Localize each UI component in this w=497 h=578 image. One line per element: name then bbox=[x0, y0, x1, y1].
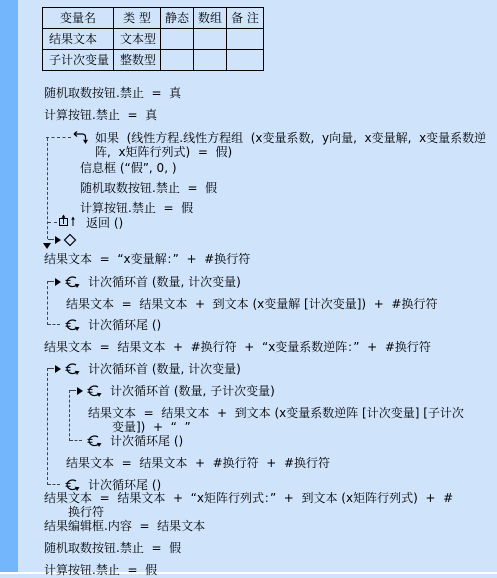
col-header-name: 变量名 bbox=[43, 8, 114, 29]
col-header-array: 数组 bbox=[194, 8, 227, 29]
code-line[interactable]: 随机取数按钮.禁止 = 真 bbox=[44, 86, 181, 100]
code-line[interactable]: 结果文本 = 结果文本 + 到文本 (x变量解 [计次变量]) + #换行符 bbox=[66, 297, 437, 311]
left-margin-strip bbox=[0, 0, 18, 572]
counting-loop-icon bbox=[63, 478, 80, 492]
code-line[interactable]: 结果文本 = 结果文本 + 到文本 (x变量系数逆阵 [计次变量] [子计次 bbox=[88, 406, 464, 420]
code-line[interactable]: 结果文本 = 结果文本 + #换行符 + #换行符 bbox=[66, 456, 330, 470]
var-static-cell[interactable] bbox=[161, 50, 194, 71]
loop-block-connector bbox=[70, 440, 82, 441]
return-icon bbox=[58, 214, 80, 227]
code-line[interactable]: 计次循环首 (数量, 计次变量) bbox=[88, 362, 241, 376]
variable-table-header-row: 变量名 类 型 静态 数组 备 注 bbox=[43, 8, 264, 29]
code-line-wrap[interactable]: 阵, x矩阵行列式) = 假) bbox=[95, 145, 232, 159]
col-header-static: 静态 bbox=[161, 8, 194, 29]
var-remark-cell[interactable] bbox=[227, 50, 264, 71]
code-editor-canvas: 变量名 类 型 静态 数组 备 注 结果文本 文本型 子计次变量 整数型 bbox=[0, 0, 497, 578]
var-type-cell[interactable]: 整数型 bbox=[114, 50, 161, 71]
flow-arrow-right-icon bbox=[55, 278, 61, 286]
var-name-cell[interactable]: 子计次变量 bbox=[43, 50, 114, 71]
code-line[interactable]: 结果文本 = 结果文本 + #换行符 + “x变量系数逆阵：” + #换行符 bbox=[44, 340, 431, 354]
return-branch-connector bbox=[48, 222, 57, 223]
code-line-wrap[interactable]: 换行符 bbox=[68, 505, 104, 519]
code-line[interactable]: 计算按钮.禁止 = 假 bbox=[80, 201, 193, 215]
endif-branch-connector bbox=[48, 239, 54, 240]
code-line[interactable]: 计算按钮.禁止 = 假 bbox=[44, 563, 157, 577]
loop-block-connector bbox=[47, 281, 48, 325]
code-line[interactable]: 随机取数按钮.禁止 = 假 bbox=[44, 541, 181, 555]
flow-arrow-right-icon bbox=[55, 365, 61, 373]
code-line[interactable]: 计算按钮.禁止 = 真 bbox=[44, 108, 157, 122]
loop-block-connector bbox=[70, 390, 76, 391]
var-static-cell[interactable] bbox=[161, 29, 194, 50]
var-type-cell[interactable]: 文本型 bbox=[114, 29, 161, 50]
var-array-cell[interactable] bbox=[194, 50, 227, 71]
code-line[interactable]: 返回 () bbox=[86, 216, 123, 230]
flow-arrow-right-icon bbox=[77, 387, 83, 395]
table-row: 子计次变量 整数型 bbox=[43, 50, 264, 71]
if-block-connector bbox=[47, 138, 48, 239]
code-line[interactable]: 结果编辑框.内容 = 结果文本 bbox=[44, 519, 205, 533]
code-line-wrap[interactable]: 变量]) + “ ” bbox=[112, 420, 191, 434]
counting-loop-icon bbox=[85, 434, 102, 448]
loop-block-connector bbox=[47, 368, 48, 485]
counting-loop-icon bbox=[63, 362, 80, 376]
counting-loop-icon bbox=[63, 318, 80, 332]
variable-table: 变量名 类 型 静态 数组 备 注 结果文本 文本型 子计次变量 整数型 bbox=[42, 7, 264, 71]
code-line[interactable]: 随机取数按钮.禁止 = 假 bbox=[80, 181, 217, 195]
var-array-cell[interactable] bbox=[194, 29, 227, 50]
if-block-connector bbox=[46, 137, 71, 138]
table-row: 结果文本 文本型 bbox=[43, 29, 264, 50]
counting-loop-icon bbox=[85, 384, 102, 398]
loop-block-connector bbox=[48, 324, 60, 325]
var-name-cell[interactable]: 结果文本 bbox=[43, 29, 114, 50]
flow-arrow-right-icon bbox=[55, 236, 61, 244]
var-remark-cell[interactable] bbox=[227, 29, 264, 50]
branch-arrow-icon bbox=[72, 130, 90, 145]
loop-block-connector bbox=[69, 390, 70, 441]
code-line[interactable]: 计次循环尾 () bbox=[88, 318, 161, 332]
code-line[interactable]: 如果 (线性方程.线性方程组 (x变量系数, y向量, x变量解, x变量系数逆 bbox=[95, 131, 486, 145]
diamond-icon bbox=[63, 233, 77, 247]
code-line[interactable]: 结果文本 = “x变量解：” + #换行符 bbox=[44, 252, 250, 266]
flow-arrow-down-icon bbox=[43, 243, 51, 249]
code-line[interactable]: 计次循环首 (数量, 计次变量) bbox=[88, 275, 241, 289]
code-line[interactable]: 计次循环尾 () bbox=[110, 434, 183, 448]
col-header-type: 类 型 bbox=[114, 8, 161, 29]
col-header-remark: 备 注 bbox=[227, 8, 264, 29]
code-line[interactable]: 计次循环尾 () bbox=[88, 478, 161, 492]
code-line[interactable]: 结果文本 = 结果文本 + “x矩阵行列式：” + 到文本 (x矩阵行列式) +… bbox=[44, 491, 453, 505]
loop-block-connector bbox=[48, 484, 60, 485]
loop-block-connector bbox=[48, 281, 54, 282]
code-line[interactable]: 计次循环首 (数量, 子计次变量) bbox=[110, 384, 275, 398]
code-line[interactable]: 信息框 (“假”, 0, ) bbox=[80, 161, 177, 175]
counting-loop-icon bbox=[63, 275, 80, 289]
loop-block-connector bbox=[48, 368, 54, 369]
